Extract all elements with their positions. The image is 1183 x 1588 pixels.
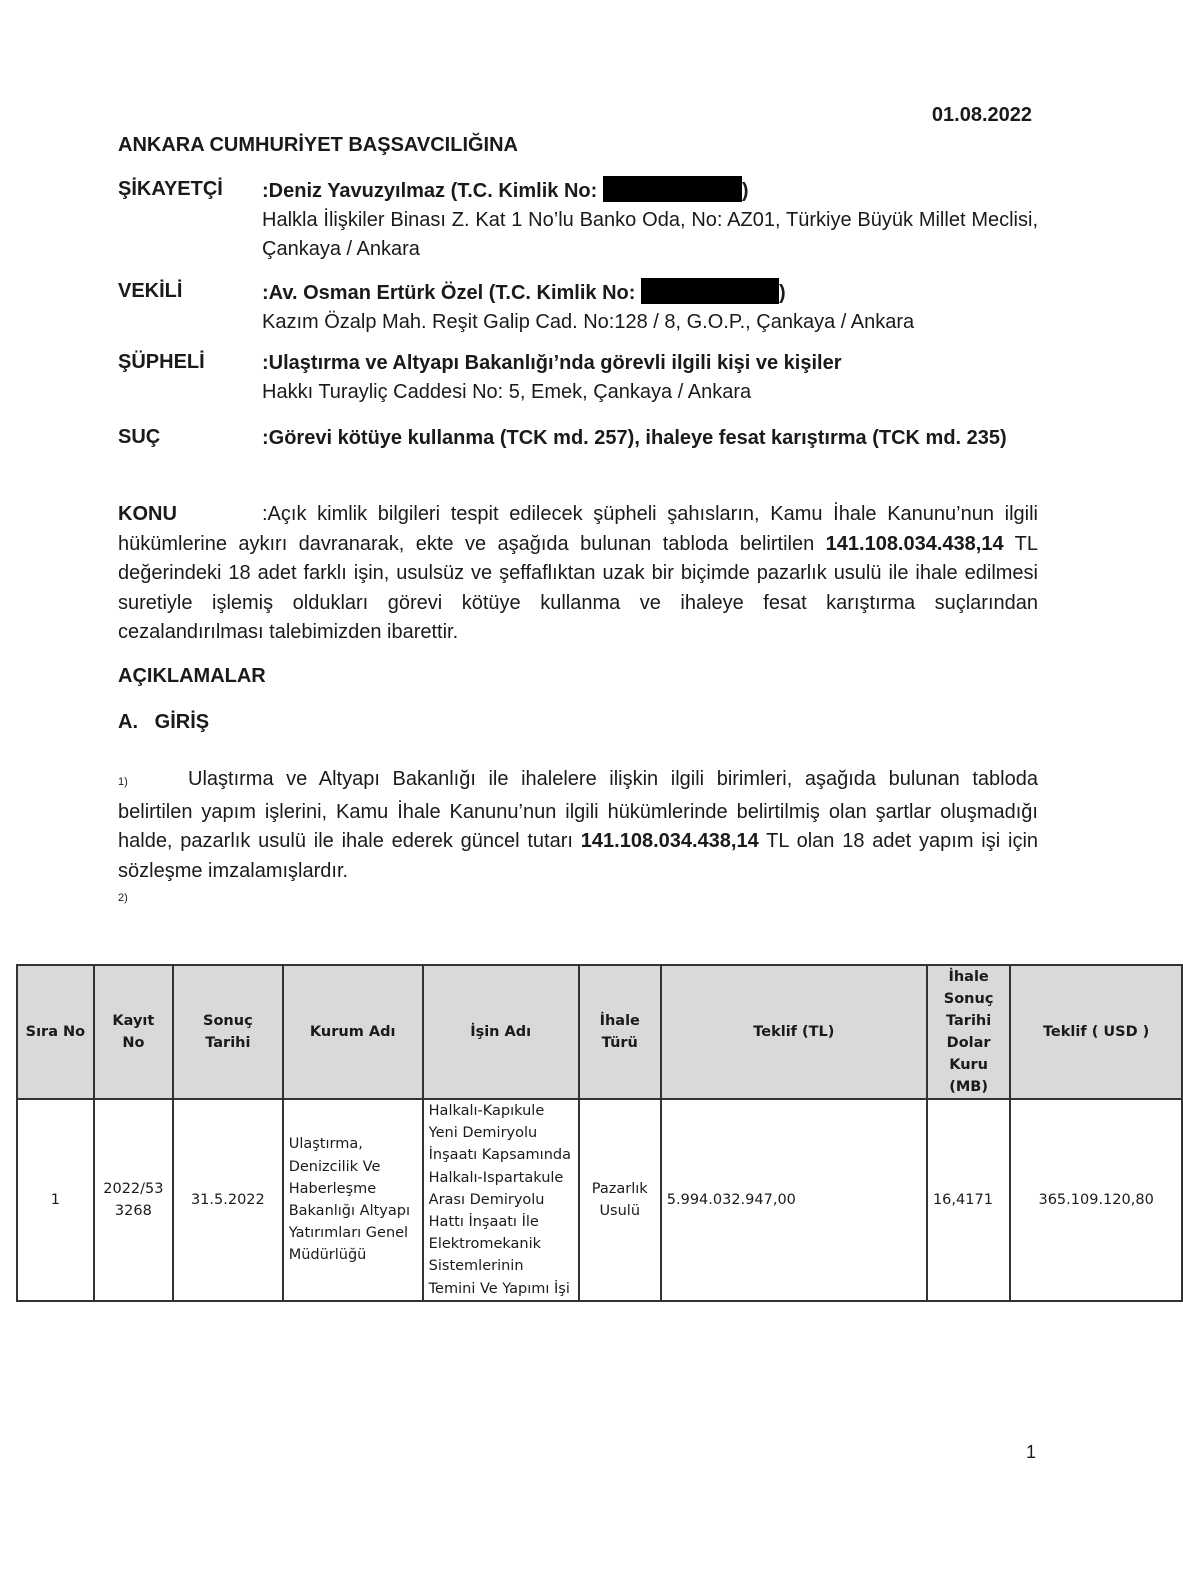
paragraph-number: 1) (118, 768, 188, 798)
complainant-block: :Deniz Yavuzyılmaz (T.C. Kimlik No: ) Ha… (262, 176, 1038, 264)
cell-teklif-usd: 365.109.120,80 (1010, 1099, 1182, 1301)
cell-teklif-tl: 5.994.032.947,00 (661, 1099, 927, 1301)
suspect-label: ŞÜPHELİ (118, 351, 205, 374)
column-header: Sonuç Tarihi (173, 965, 283, 1099)
tender-table: Sıra No Kayıt No Sonuç Tarihi Kurum Adı … (16, 964, 1183, 1302)
cell-sonuc-tarihi: 31.5.2022 (173, 1099, 283, 1301)
column-header: Kurum Adı (283, 965, 423, 1099)
cell-isin-adi: Halkalı-Kapıkule Yeni Demiryolu İnşaatı … (423, 1099, 579, 1301)
cell-sira-no: 1 (17, 1099, 94, 1301)
complainant-address: Halkla İlişkiler Binası Z. Kat 1 No’lu B… (262, 206, 1038, 264)
crime-label: SUÇ (118, 426, 160, 449)
table-header-row: Sıra No Kayıt No Sonuç Tarihi Kurum Adı … (17, 965, 1182, 1099)
attorney-address: Kazım Özalp Mah. Reşit Galip Cad. No:128… (262, 308, 1038, 337)
attorney-name: :Av. Osman Ertürk Özel (T.C. Kimlik No: … (262, 278, 1038, 308)
complainant-label: ŞİKAYETÇİ (118, 178, 223, 201)
paragraph-2-number: 2) (118, 892, 128, 904)
attorney-block: :Av. Osman Ertürk Özel (T.C. Kimlik No: … (262, 278, 1038, 337)
addressee-heading: ANKARA CUMHURİYET BAŞSAVCILIĞINA (118, 134, 518, 157)
intro-heading: A. GİRİŞ (118, 711, 209, 734)
cell-kurum-adi: Ulaştırma, Denizcilik Ve Haberleşme Baka… (283, 1099, 423, 1301)
redacted-id-box (641, 278, 779, 304)
redacted-id-box (603, 176, 742, 202)
attorney-label: VEKİLİ (118, 280, 182, 303)
suspect-address: Hakkı Turayliç Caddesi No: 5, Emek, Çank… (262, 378, 1038, 407)
column-header: Teklif (TL) (661, 965, 927, 1099)
document-date: 01.08.2022 (900, 104, 1032, 127)
subject-paragraph: KONU:Açık kimlik bilgileri tespit edilec… (118, 500, 1038, 648)
table-row: 1 2022/533268 31.5.2022 Ulaştırma, Deniz… (17, 1099, 1182, 1301)
subject-label: KONU (118, 500, 262, 530)
cell-kayit-no: 2022/533268 (94, 1099, 173, 1301)
page-number: 1 (1026, 1442, 1036, 1463)
column-header: İhale Sonuç Tarihi Dolar Kuru (MB) (927, 965, 1010, 1099)
suspect-block: :Ulaştırma ve Altyapı Bakanlığı’nda göre… (262, 349, 1038, 407)
column-header: Kayıt No (94, 965, 173, 1099)
column-header: Sıra No (17, 965, 94, 1099)
suspect-name: :Ulaştırma ve Altyapı Bakanlığı’nda göre… (262, 349, 1038, 378)
total-amount: 141.108.034.438,14 (826, 533, 1004, 555)
total-amount: 141.108.034.438,14 (581, 830, 759, 852)
cell-dolar-kuru: 16,4171 (927, 1099, 1010, 1301)
paragraph-1: 1)Ulaştırma ve Altyapı Bakanlığı ile iha… (118, 765, 1038, 886)
crime-text: :Görevi kötüye kullanma (TCK md. 257), i… (262, 424, 1038, 453)
column-header: İhale Türü (579, 965, 661, 1099)
explanations-heading: AÇIKLAMALAR (118, 665, 266, 688)
cell-ihale-turu: Pazarlık Usulü (579, 1099, 661, 1301)
complainant-name: :Deniz Yavuzyılmaz (T.C. Kimlik No: ) (262, 176, 1038, 206)
column-header: Teklif ( USD ) (1010, 965, 1182, 1099)
column-header: İşin Adı (423, 965, 579, 1099)
